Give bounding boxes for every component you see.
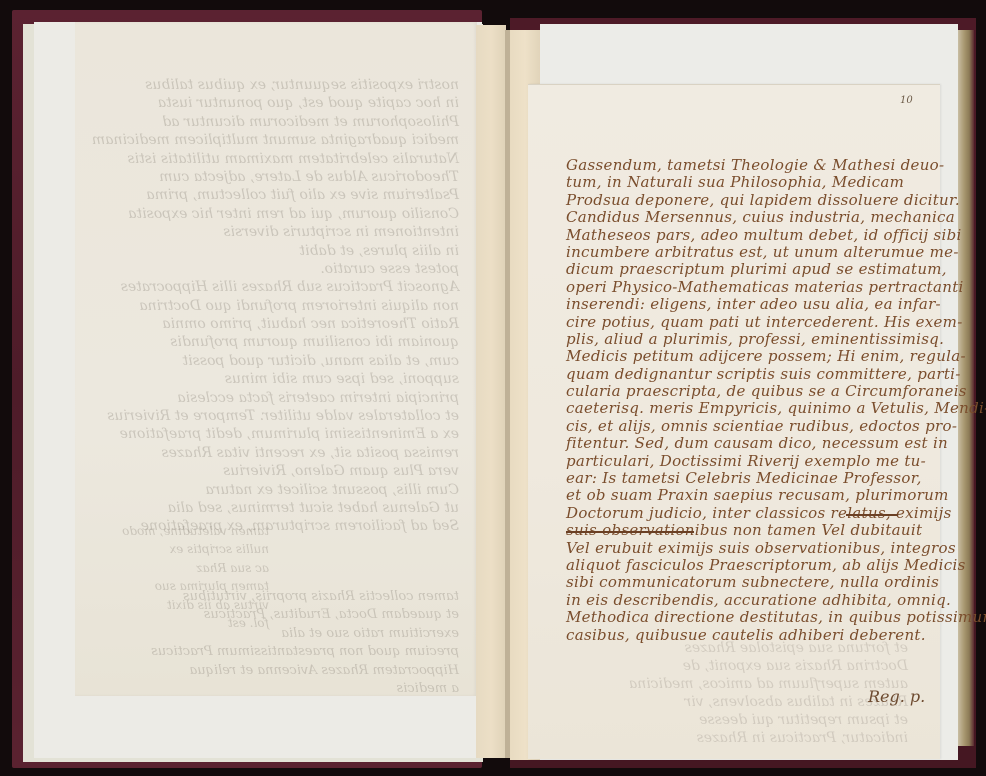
text-line: cis, et alijs, omnis scientiae rudibus, …	[566, 418, 936, 435]
bleed-line: tamen collectis Rhazis propriis, virtuti…	[89, 588, 459, 606]
text-line: particulari, Doctissimi Riverij exemplo …	[566, 453, 936, 470]
bleed-line: precium quod non praestantissimum Practi…	[89, 643, 459, 661]
catchword: Reg. p.	[868, 687, 925, 706]
bleed-line: exercitium ratio suo et alia	[89, 625, 459, 643]
text-line: Matheseos pars, adeo multum debet, id of…	[566, 227, 936, 244]
text-line: aliquot fasciculos Praescriptorum, ab al…	[566, 557, 936, 574]
bleed-line: principia interim caeteris facta ecclesi…	[89, 389, 459, 407]
bleed-line: nostri expositis sequuntur, ex quibus ta…	[89, 76, 459, 94]
bleed-line: quoniam ibi consilium quorum profundis	[89, 333, 459, 351]
bleed-line: non aliquis interiorem profundi quo Doct…	[89, 297, 459, 315]
bleed-line: supponi, sed ipse cum sibi minus	[89, 370, 459, 388]
bleed-line: a medicis	[89, 680, 459, 698]
left-page-bleed-bottom: tamen collectis Rhazis propriis, virtuti…	[89, 588, 459, 698]
text-line: tum, in Naturali sua Philosophia, Medica…	[566, 174, 936, 191]
text-line: dicum praescriptum plurimi apud se estim…	[566, 261, 936, 278]
bleed-line: indicatur, Practicus in Rhazes	[568, 729, 908, 747]
bleed-line: ut Galenus habet sicut terminus, sed ali…	[89, 499, 459, 517]
text-line: Methodica directione destitutas, in quib…	[566, 609, 936, 626]
text-line: plis, aliud a plurimis, professi, eminen…	[566, 331, 936, 348]
text-line: ear: Is tametsi Celebris Medicinae Profe…	[566, 470, 936, 487]
gutter-guard-strip-left	[476, 25, 506, 758]
bleed-line: Agnoscit Practicus sub Rhazes illis Hipp…	[89, 278, 459, 296]
bleed-line: et collaterales valde utiliter. Tempore …	[89, 407, 459, 425]
bleed-line: Theodoricus Aldus de Latere, adjecta cum	[89, 168, 459, 186]
text-line: inserendi: eligens, inter adeo usu alia,…	[566, 296, 936, 313]
bleed-line: Psalterium sive ex alio fuit collectum, …	[89, 186, 459, 204]
text-line: fitentur. Sed, dum causam dico, necessum…	[566, 435, 936, 452]
text-line: Candidus Mersennus, cuius industria, mec…	[566, 209, 936, 226]
bleed-line: intentionem in scripturis diversis	[89, 223, 459, 241]
bleed-line: tamen valetudine, modo	[89, 522, 269, 540]
bleed-line: Naturalis celebritatem maximam utilitati…	[89, 150, 459, 168]
bleed-line: Cum illis, possunt scilicet ex natura	[89, 481, 459, 499]
bleed-line: nullis scriptis ex	[89, 540, 269, 558]
bleed-line: vera Plus quam Galeno, Rivierius	[89, 462, 459, 480]
folio-number: 10	[900, 95, 913, 106]
bleed-line: in hoc capite quod est, quo ponuntur ius…	[89, 94, 459, 112]
text-line: cire potius, quam pati ut intercederent.…	[566, 314, 936, 331]
text-line: et ob suam Praxin saepius recusam, pluri…	[566, 487, 936, 504]
right-page-bleed-text: et fortuna sua epistolae Rhazes Doctrina…	[568, 639, 908, 747]
bleed-line: in aliis plures, et dabit	[89, 242, 459, 260]
text-line: incumbere arbitratus est, ut unum alteru…	[566, 244, 936, 261]
text-line: caeterisq. meris Empyricis, quinimo a Ve…	[566, 400, 936, 417]
right-page: 10 Gassendum, tametsi Theologie & Mathes…	[528, 84, 940, 759]
bleed-line: medici quadraginta sumunt multiplicem me…	[89, 131, 459, 149]
text-line: cularia praescripta, de quibus se a Circ…	[566, 383, 936, 400]
bleed-line: Philosophorum et medicorum dicuntur ad	[89, 113, 459, 131]
text-line: Medicis petitum adijcere possem; Hi enim…	[566, 348, 936, 365]
right-page-text: Gassendum, tametsi Theologie & Mathesi d…	[566, 157, 936, 644]
bleed-line: et quaedam Docta, Eruditus, Practicus	[89, 606, 459, 624]
bleed-line: potest esse curatio.	[89, 260, 459, 278]
bleed-line: Hippocratem Rhazes Avicenna et reliqua	[89, 662, 459, 680]
bleed-line: cum, et alias manu, dicitur quod possit	[89, 352, 459, 370]
text-line: in eis describendis, accuratione adhibit…	[566, 592, 936, 609]
text-line: sibi communicatorum subnectere, nulla or…	[566, 574, 936, 591]
left-page: nostri expositis sequuntur, ex quibus ta…	[75, 22, 477, 696]
left-page-bleed-text: nostri expositis sequuntur, ex quibus ta…	[89, 76, 459, 536]
strikethrough-mark	[566, 531, 694, 533]
text-line: Prodsua deponere, qui lapidem dissoluere…	[566, 192, 936, 209]
bleed-line: Ratio Theoretica nec habuit, primo omnia	[89, 315, 459, 333]
text-line: Vel erubuit eximijs suis observationibus…	[566, 540, 936, 557]
bleed-line: ac sua Rhaz	[89, 559, 269, 577]
text-line: Gassendum, tametsi Theologie & Mathesi d…	[566, 157, 936, 174]
text-line: quam dedignantur scriptis suis committer…	[566, 366, 936, 383]
bleed-line: Rhazes in talibus absolvens, vir	[568, 693, 908, 711]
bleed-line: ex a Eminentissimi plurimum, dedit praef…	[89, 425, 459, 443]
bleed-line: autem superfluum ad amicos, medicina	[568, 675, 908, 693]
bleed-line: Consilio quorum, qui ad rem inter hic ex…	[89, 205, 459, 223]
bleed-line: et ipsum repetitur qui deesse	[568, 711, 908, 729]
bleed-line: remissa posita sit, ex recenti vitas Rha…	[89, 444, 459, 462]
bleed-line: Doctrina Rhazis sua exponit, de	[568, 657, 908, 675]
strikethrough-mark	[846, 514, 898, 516]
bleed-line: et fortuna sua epistolae Rhazes	[568, 639, 908, 657]
text-line: operi Physico-Mathematicas materias pert…	[566, 279, 936, 296]
